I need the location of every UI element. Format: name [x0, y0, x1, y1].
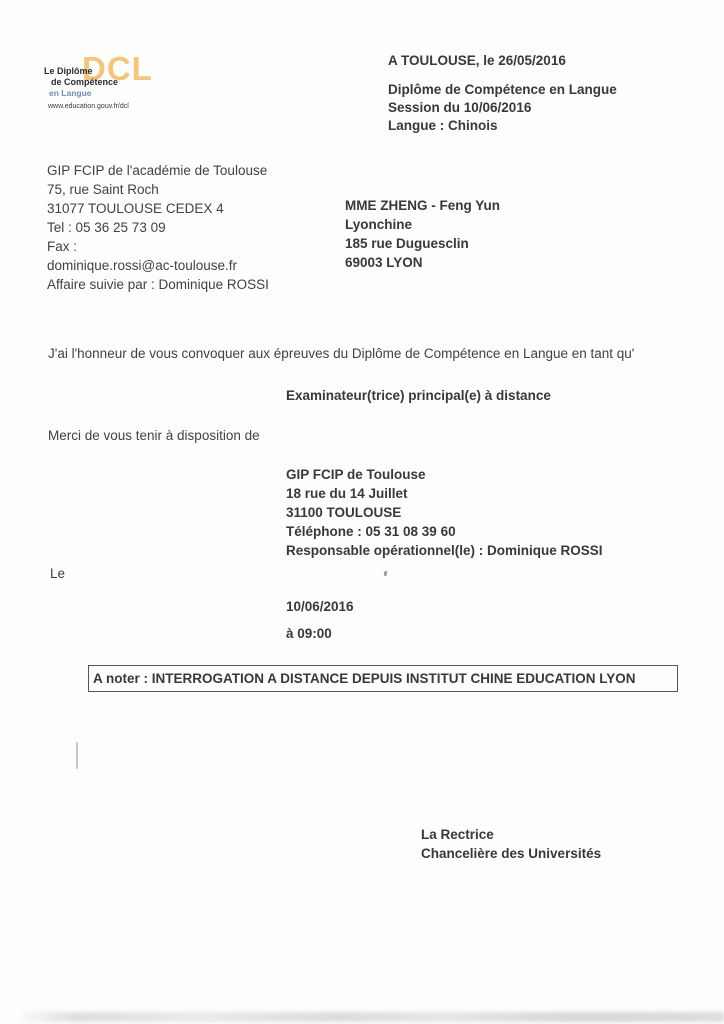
letter-place-date: A TOULOUSE, le 26/05/2016	[388, 53, 566, 68]
sender-email: dominique.rossi@ac-toulouse.fr	[47, 256, 269, 275]
body-intro-text: J'ai l'honneur de vous convoquer aux épr…	[48, 346, 634, 361]
sender-address-block: GIP FCIP de l'académie de Toulouse 75, r…	[47, 161, 269, 294]
important-note-text: A noter : INTERROGATION A DISTANCE DEPUI…	[93, 671, 636, 686]
important-note-box: A noter : INTERROGATION A DISTANCE DEPUI…	[88, 665, 678, 692]
dcl-logo-line1: Le Diplôme	[44, 66, 93, 76]
exam-center-name: GIP FCIP de Toulouse	[286, 465, 603, 484]
exam-language: Langue : Chinois	[388, 117, 617, 135]
letter-subject-block: Diplôme de Compétence en Langue Session …	[388, 81, 617, 135]
schedule-time: à 09:00	[286, 626, 332, 641]
body-request-text: Merci de vous tenir à disposition de	[48, 428, 260, 443]
sender-street: 75, rue Saint Roch	[47, 180, 269, 199]
sender-contact: Affaire suivie par : Dominique ROSSI	[47, 275, 269, 294]
signatory-subtitle: Chancelière des Universités	[421, 845, 601, 864]
recipient-organization: Lyonchine	[345, 215, 500, 234]
dcl-logo-url: www.education.gouv.fr/dcl	[48, 103, 129, 110]
exam-center-manager: Responsable opérationnel(le) : Dominique…	[286, 541, 603, 560]
sender-fax: Fax :	[47, 237, 269, 256]
scan-edge-shadow	[22, 1012, 724, 1022]
exam-center-city: 31100 TOULOUSE	[286, 503, 603, 522]
exam-center-street: 18 rue du 14 Juillet	[286, 484, 603, 503]
exam-center-phone: Téléphone : 05 31 08 39 60	[286, 522, 603, 541]
signatory-title: La Rectrice	[421, 826, 601, 845]
scanned-letter-page: DCL Le Diplôme de Compétence en Langue w…	[0, 0, 724, 1024]
scan-artifact-vertical-line	[76, 742, 78, 769]
exam-center-block: GIP FCIP de Toulouse 18 rue du 14 Juille…	[286, 465, 603, 560]
scan-artifact-mark	[384, 571, 388, 577]
schedule-label: Le	[50, 566, 65, 581]
dcl-logo-line2: de Compétence	[51, 77, 118, 87]
dcl-logo: DCL Le Diplôme de Compétence en Langue w…	[44, 56, 174, 120]
sender-city: 31077 TOULOUSE CEDEX 4	[47, 199, 269, 218]
recipient-city: 69003 LYON	[345, 253, 500, 272]
schedule-date: 10/06/2016	[286, 599, 354, 614]
recipient-street: 185 rue Duguesclin	[345, 234, 500, 253]
session-date: Session du 10/06/2016	[388, 99, 617, 117]
recipient-name: MME ZHENG - Feng Yun	[345, 196, 500, 215]
sender-phone: Tel : 05 36 25 73 09	[47, 218, 269, 237]
signature-block: La Rectrice Chancelière des Universités	[421, 826, 601, 863]
sender-organization: GIP FCIP de l'académie de Toulouse	[47, 161, 269, 180]
examiner-role: Examinateur(trice) principal(e) à distan…	[286, 388, 551, 403]
dcl-logo-line3: en Langue	[49, 88, 92, 98]
recipient-address-block: MME ZHENG - Feng Yun Lyonchine 185 rue D…	[345, 196, 500, 272]
diploma-title: Diplôme de Compétence en Langue	[388, 81, 617, 99]
